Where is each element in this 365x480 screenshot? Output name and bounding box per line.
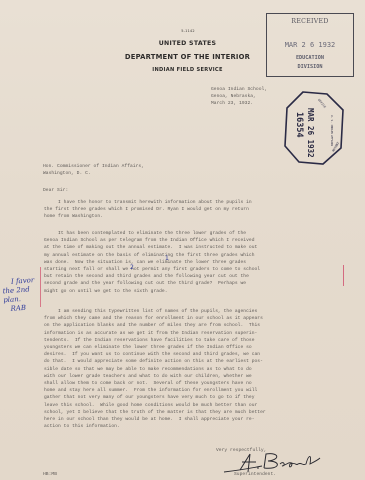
received-stamp-date: MAR 2 6 1932 xyxy=(267,41,353,49)
received-stamp: RECEIVED MAR 2 6 1932 EDUCATION DIVISION xyxy=(266,13,354,77)
salutation: Dear Sir: xyxy=(43,187,68,194)
octagon-stamp-affairs: U. S. INDIAN AFFAIRS xyxy=(330,115,333,146)
place-and-date: Genoa Indian School, Genoa, Nebraska, Ma… xyxy=(211,86,267,108)
handwritten-margin-note: I favor the 2nd plan. RAB xyxy=(1,267,43,324)
typist-initials: HB:MB xyxy=(43,471,57,478)
letter-page: 5-1142 UNITED STATES DEPARTMENT OF THE I… xyxy=(0,0,365,480)
addressee: Hon. Commissioner of Indian Affairs, Was… xyxy=(43,163,144,177)
letterhead-united-states: UNITED STATES xyxy=(100,40,275,47)
paragraph-3: I am sending this typewritten list of na… xyxy=(44,308,266,430)
octagon-stamp-number: 16354 xyxy=(294,112,304,138)
red-pencil-right-line xyxy=(343,265,344,286)
margin-note-text: I favor the 2nd plan. RAB xyxy=(2,276,34,313)
signer-title: Superintendent. xyxy=(234,471,276,478)
received-stamp-dept1: EDUCATION xyxy=(267,55,353,61)
letterhead-field-service: INDIAN FIELD SERVICE xyxy=(100,67,275,73)
letterhead-department: DEPARTMENT OF THE INTERIOR xyxy=(100,53,275,61)
paragraph-1: I have the honor to transmit herewith in… xyxy=(44,199,252,221)
form-number: 5-1142 xyxy=(168,29,208,33)
annotation-mark-2: 2 xyxy=(130,264,134,271)
paragraph-2: It has been contemplated to eliminate th… xyxy=(44,230,260,295)
received-stamp-label: RECEIVED xyxy=(267,18,353,25)
received-stamp-dept2: DIVISION xyxy=(267,64,353,70)
octagon-stamp-date: MAR 26 1932 xyxy=(306,108,315,158)
annotation-mark-1: 1 xyxy=(165,255,169,262)
